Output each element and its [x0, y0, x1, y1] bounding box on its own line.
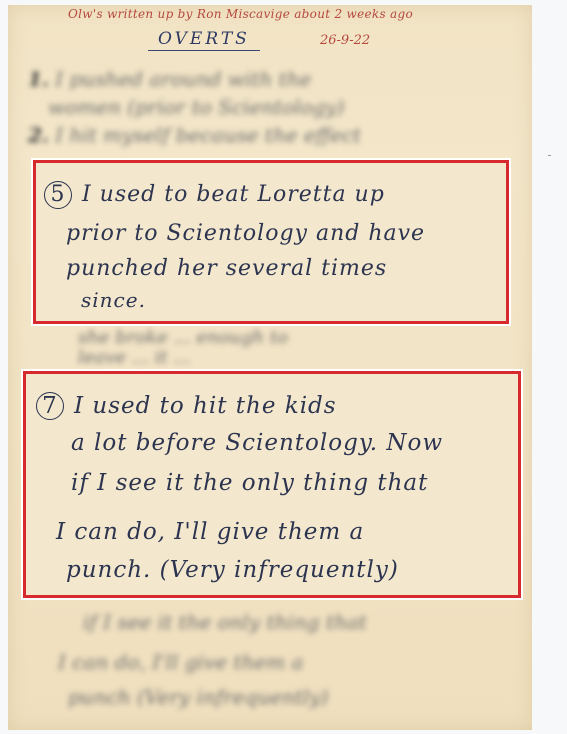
blurred-middle-line-2: leave ... it ...	[78, 347, 190, 368]
blurred-bottom-line-1: if I see it the only thing that	[83, 610, 367, 634]
item-number-circle: 5	[44, 181, 72, 209]
box5-line-4: since.	[81, 288, 146, 312]
box5-line-3: punched her several times	[66, 256, 387, 281]
box7-line-2: a lot before Scientology. Now	[71, 430, 443, 456]
box5-line-1: 5I used to beat Loretta up	[44, 181, 385, 209]
blurred-item-1-cont: women (prior to Scientology)	[48, 95, 345, 119]
box7-line-3: if I see it the only thing that	[71, 470, 428, 496]
blurred-bottom-line-2: I can do, I'll give them a	[58, 650, 303, 674]
box7-line-1: 7I used to hit the kids	[36, 392, 337, 420]
blurred-item-1: 1. I pushed around with the	[28, 67, 311, 91]
blurred-middle-line-1: she broke ... enough to	[78, 327, 288, 348]
annotation-header: Olw's written up by Ron Miscavige about …	[68, 7, 528, 21]
blurred-bottom-line-3: punch (Very infrequently)	[68, 685, 328, 709]
highlight-box-item-7: 7I used to hit the kids a lot before Sci…	[23, 371, 521, 598]
blurred-item-2: 2. I hit myself because the effect	[28, 123, 361, 147]
box5-line-2: prior to Scientology and have	[66, 221, 425, 246]
box7-line-4: I can do, I'll give them a	[56, 519, 364, 545]
highlight-box-item-5: 5I used to beat Loretta up prior to Scie…	[33, 160, 509, 324]
box7-line-5: punch. (Very infrequently)	[66, 557, 399, 583]
scan-artifact	[548, 155, 551, 156]
scanned-document-page: Olw's written up by Ron Miscavige about …	[8, 5, 532, 730]
item-number-circle: 7	[36, 392, 64, 420]
date-stamp: 26-9-22	[320, 33, 370, 48]
document-title: OVERTS	[148, 29, 260, 51]
